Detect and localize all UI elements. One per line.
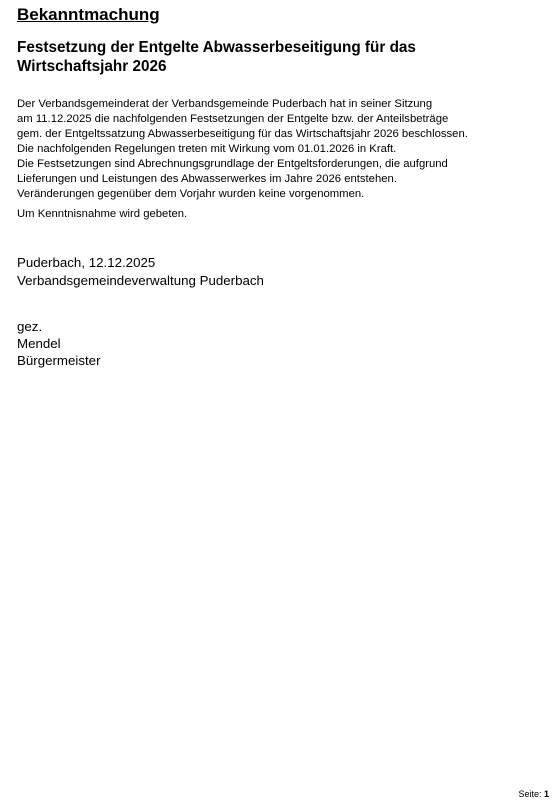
document-title: Festsetzung der Entgelte Abwasserbeseiti… (17, 38, 517, 76)
signatory-role: Bürgermeister (17, 352, 101, 369)
page-label: Seite: (518, 789, 541, 799)
signatory-name: Mendel (17, 335, 101, 352)
title-line: Festsetzung der Entgelte Abwasserbeseiti… (17, 38, 517, 57)
body-line: Veränderungen gegenüber dem Vorjahr wurd… (17, 187, 547, 202)
place-date-block: Puderbach, 12.12.2025 Verbandsgemeindeve… (17, 254, 264, 290)
body-line: Die nachfolgenden Regelungen treten mit … (17, 142, 547, 157)
signature-block: gez. Mendel Bürgermeister (17, 318, 101, 369)
place-date: Puderbach, 12.12.2025 (17, 254, 264, 272)
page-number-value: 1 (544, 789, 549, 799)
acknowledgement-request: Um Kenntnisnahme wird gebeten. (17, 207, 187, 222)
title-line: Wirtschaftsjahr 2026 (17, 57, 517, 76)
document-heading: Bekanntmachung (17, 5, 160, 25)
body-line: am 11.12.2025 die nachfolgenden Festsetz… (17, 112, 547, 127)
issuing-authority: Verbandsgemeindeverwaltung Puderbach (17, 272, 264, 290)
announcement-body: Der Verbandsgemeinderat der Verbandsgeme… (17, 97, 547, 202)
page-number: Seite: 1 (518, 789, 549, 799)
signature-gez: gez. (17, 318, 101, 335)
body-line: Die Festsetzungen sind Abrechnungsgrundl… (17, 157, 547, 172)
body-line: Der Verbandsgemeinderat der Verbandsgeme… (17, 97, 547, 112)
body-line: gem. der Entgeltssatzung Abwasserbeseiti… (17, 127, 547, 142)
body-line: Lieferungen und Leistungen des Abwasserw… (17, 172, 547, 187)
